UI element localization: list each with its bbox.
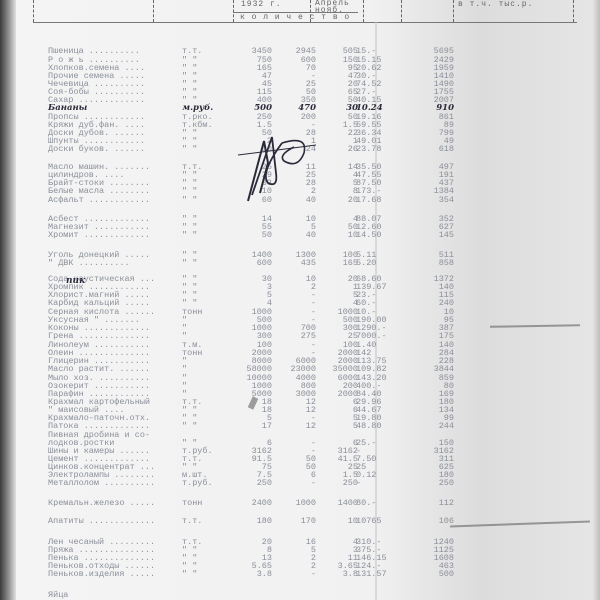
handwritten-signature-icon <box>238 133 318 203</box>
row-unit: тонн <box>182 498 202 508</box>
row-sum: 858 <box>410 258 454 268</box>
row-planned: 2400 <box>236 498 272 508</box>
row-received: 170 <box>272 516 316 526</box>
header-sub-left: 1932 г. <box>241 0 282 9</box>
row-sum: 500 <box>410 569 454 579</box>
row-sum: 250 <box>410 478 454 488</box>
row-balance: 26 <box>318 144 358 154</box>
table-row: " ДВК .........." "6004351655.20858 <box>0 258 600 268</box>
row-planned: 50 <box>236 230 272 240</box>
row-balance: 250 <box>318 478 358 488</box>
table-row: Яйца <box>0 590 600 600</box>
table-row: Кремальн.железо .....тонн24001000140080.… <box>0 498 600 508</box>
row-sum: 354 <box>410 195 454 205</box>
header-divider <box>233 0 234 22</box>
row-price: 80.- <box>356 498 402 508</box>
header-divider <box>401 0 402 22</box>
row-received: 435 <box>272 258 316 268</box>
header-divider <box>153 0 154 22</box>
row-unit: " " <box>182 144 197 154</box>
row-price: - <box>356 478 402 488</box>
row-unit: " " <box>182 195 197 205</box>
header-divider <box>453 0 454 22</box>
row-unit: т.руб. <box>182 478 213 488</box>
row-name: Яйца <box>48 590 188 600</box>
row-balance: 10 <box>318 230 358 240</box>
row-name: Металлолом .......... <box>48 478 188 488</box>
row-balance: 3.8 <box>318 569 358 579</box>
row-balance: 165 <box>318 258 358 268</box>
table-row: Пеньков.изделия ....." "3.8-3.8131.57500 <box>0 569 600 579</box>
row-unit: " " <box>182 569 197 579</box>
header-right-label: в т.ч. тыс.р. <box>458 0 533 9</box>
row-balance: 20 <box>318 195 358 205</box>
row-received: - <box>272 569 316 579</box>
scanned-document-page: 1932 г. Апрель нояб. к о л и ч е с т в о… <box>0 0 600 600</box>
row-unit: " " <box>182 230 197 240</box>
row-unit: " " <box>182 258 197 268</box>
row-price: 14.50 <box>356 230 402 240</box>
table-row: Металлолом ..........т.руб.250-250-250 <box>0 478 600 488</box>
row-name: " ДВК .......... <box>48 258 188 268</box>
row-unit: т.т. <box>182 516 202 526</box>
header-quantity-label: к о л и ч е с т в о <box>240 13 350 22</box>
row-price: 23.78 <box>356 144 402 154</box>
row-name: Апатиты ............. <box>48 516 188 526</box>
row-name: Кремальн.железо ..... <box>48 498 188 508</box>
row-price: 5.20 <box>356 258 402 268</box>
table-row: Хромит ............." "50401014.50145 <box>0 230 600 240</box>
row-planned: 250 <box>236 478 272 488</box>
handwritten-note: пик <box>66 276 85 286</box>
row-received: 1000 <box>272 498 316 508</box>
row-price: 17.68 <box>356 195 402 205</box>
header-divider <box>573 0 574 22</box>
row-received: - <box>272 478 316 488</box>
row-sum: 106 <box>410 516 454 526</box>
table-header: 1932 г. Апрель нояб. к о л и ч е с т в о… <box>33 0 577 23</box>
row-planned: 3.8 <box>236 569 272 579</box>
row-balance: 10 <box>318 516 358 526</box>
header-divider <box>363 0 364 22</box>
row-sum: 618 <box>410 144 454 154</box>
row-received: 40 <box>272 230 316 240</box>
row-balance: 1400 <box>318 498 358 508</box>
row-planned: 600 <box>236 258 272 268</box>
row-name: Доски буков. ...... <box>48 144 188 154</box>
row-price: 10765 <box>356 516 402 526</box>
row-name: Хромит ............. <box>48 230 188 240</box>
row-name: Пеньков.изделия ..... <box>48 569 188 579</box>
row-planned: 180 <box>236 516 272 526</box>
header-divider <box>33 0 34 22</box>
row-price: 131.57 <box>356 569 402 579</box>
row-sum: 112 <box>410 498 454 508</box>
row-sum: 145 <box>410 230 454 240</box>
row-name: Асфальт ............ <box>48 195 188 205</box>
